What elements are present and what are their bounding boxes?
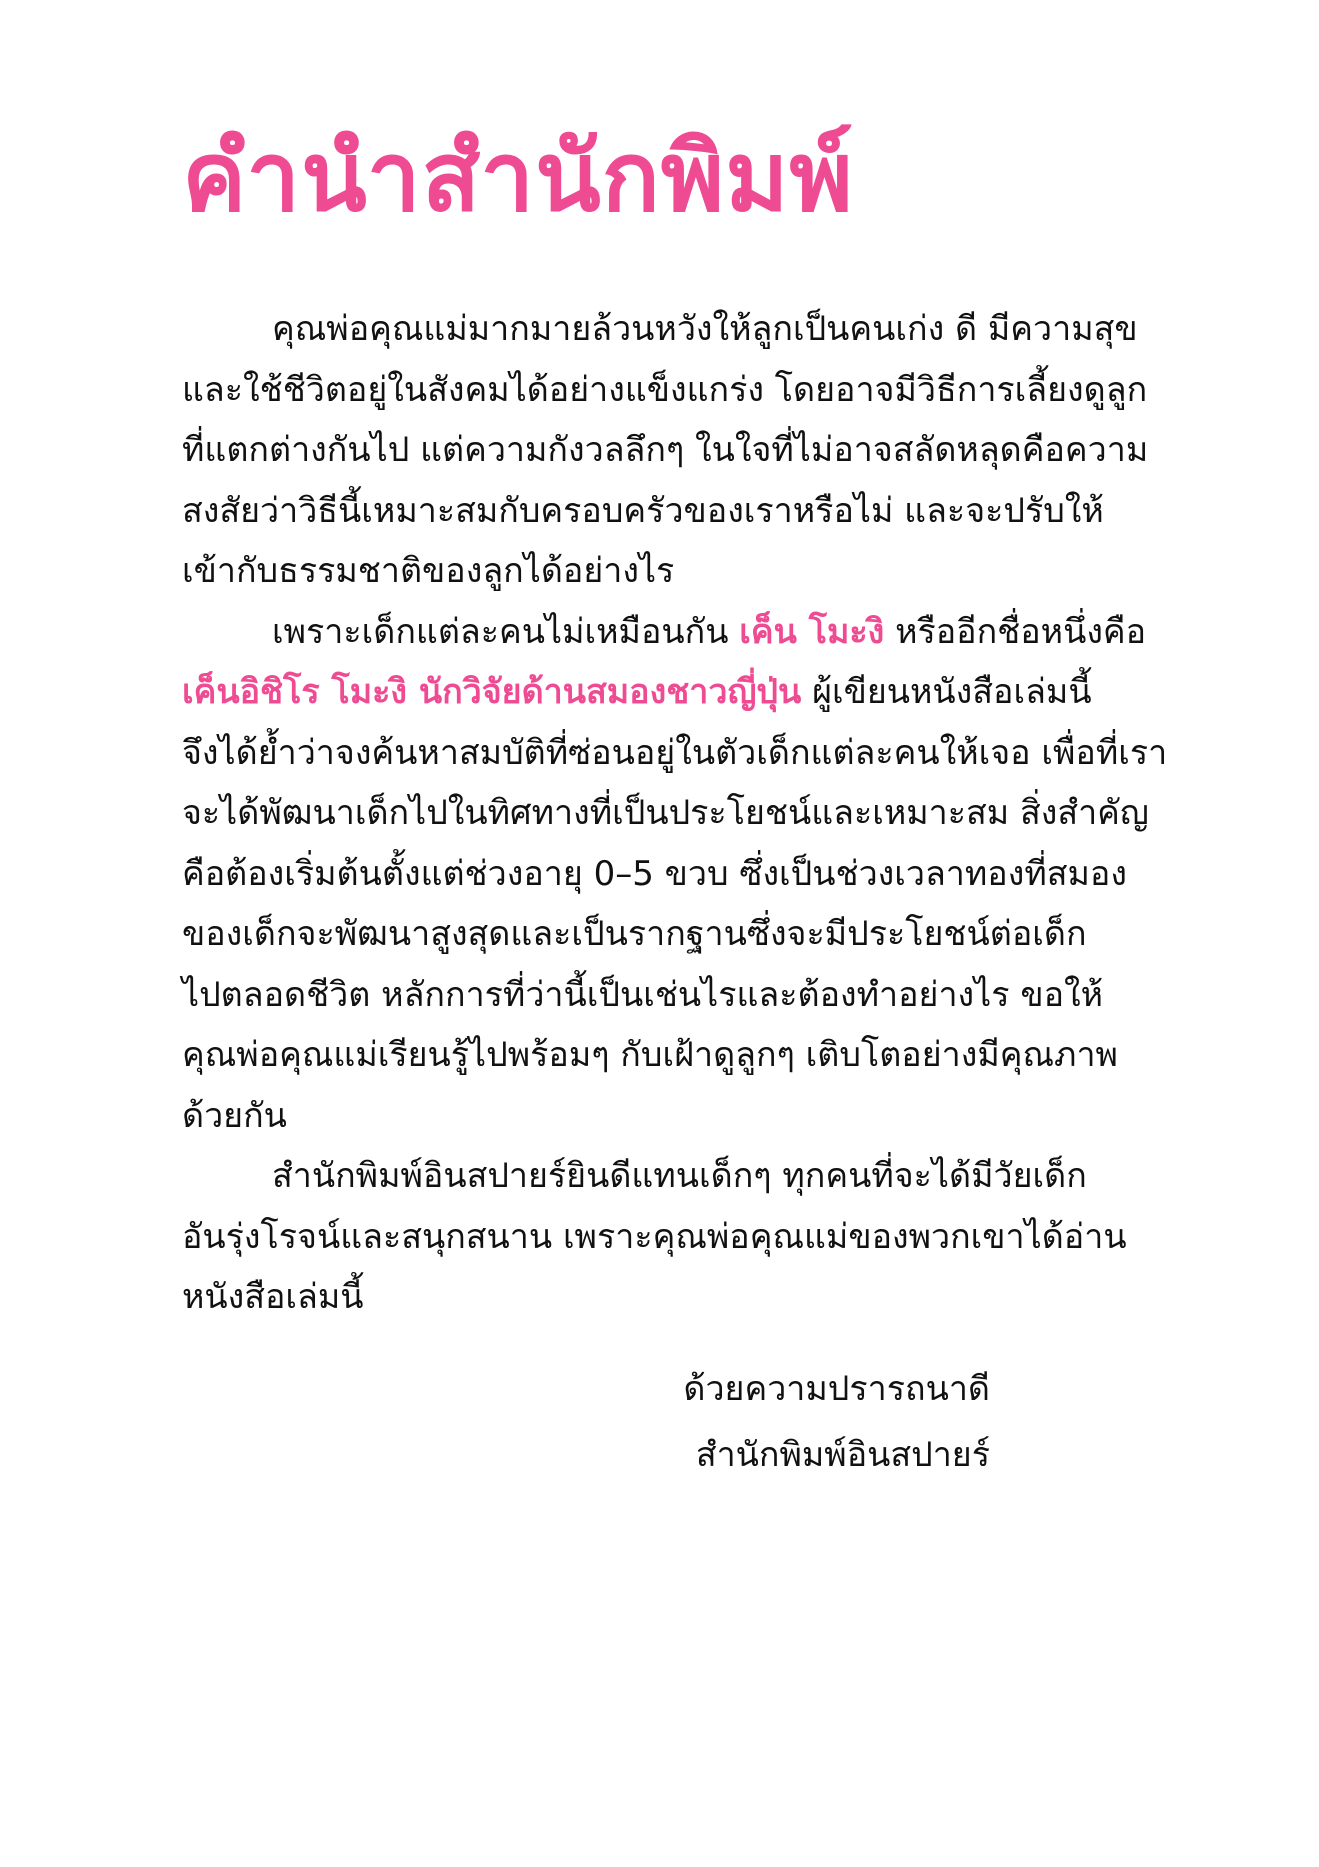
paragraph: สำนักพิมพ์อินสปายร์ยินดีแทนเด็กๆ ทุกคนที… — [182, 1146, 990, 1328]
preface-body: คุณพ่อคุณแม่มากมายล้วนหวังให้ลูกเป็นคนเก… — [182, 299, 990, 1328]
signoff-block: ด้วยความปรารถนาดี สำนักพิมพ์อินสปายร์ — [182, 1356, 990, 1488]
text-line: จะได้พัฒนาเด็กไปในทิศทางที่เป็นประโยชน์แ… — [182, 783, 990, 844]
accent-text: เค็นอิชิโร โมะงิ นักวิจัยด้านสมองชาวญี่ป… — [182, 672, 801, 712]
text-line: สำนักพิมพ์อินสปายร์ยินดีแทนเด็กๆ ทุกคนที… — [182, 1146, 990, 1207]
body-text-segment: สำนักพิมพ์อินสปายร์ยินดีแทนเด็กๆ ทุกคนที… — [272, 1156, 1087, 1196]
body-text-segment: ด้วยกัน — [182, 1096, 287, 1136]
accent-text: เค็น โมะงิ — [739, 612, 884, 652]
text-line: เค็นอิชิโร โมะงิ นักวิจัยด้านสมองชาวญี่ป… — [182, 662, 990, 723]
text-line: เพราะเด็กแต่ละคนไม่เหมือนกัน เค็น โมะงิ … — [182, 602, 990, 663]
text-line: ด้วยกัน — [182, 1086, 990, 1147]
body-text-segment: คุณพ่อคุณแม่เรียนรู้ไปพร้อมๆ กับเฝ้าดูลู… — [182, 1035, 1118, 1075]
body-text-segment: คือต้องเริ่มต้นตั้งแต่ช่วงอายุ 0–5 ขวบ ซ… — [182, 854, 1127, 894]
text-line: คุณพ่อคุณแม่เรียนรู้ไปพร้อมๆ กับเฝ้าดูลู… — [182, 1025, 990, 1086]
text-line: ไปตลอดชีวิต หลักการที่ว่านี้เป็นเช่นไรแล… — [182, 965, 990, 1026]
body-text-segment: และใช้ชีวิตอยู่ในสังคมได้อย่างแข็งแกร่ง … — [182, 370, 1147, 410]
paragraph: เพราะเด็กแต่ละคนไม่เหมือนกัน เค็น โมะงิ … — [182, 602, 990, 1147]
body-text-segment: สงสัยว่าวิธีนี้เหมาะสมกับครอบครัวของเราห… — [182, 491, 1104, 531]
body-text-segment: หรืออีกชื่อหนึ่งคือ — [884, 612, 1146, 652]
text-line: สงสัยว่าวิธีนี้เหมาะสมกับครอบครัวของเราห… — [182, 481, 990, 542]
body-text-segment: เพราะเด็กแต่ละคนไม่เหมือนกัน — [272, 612, 739, 652]
text-line: ของเด็กจะพัฒนาสูงสุดและเป็นรากฐานซึ่งจะม… — [182, 904, 990, 965]
text-line: เข้ากับธรรมชาติของลูกได้อย่างไร — [182, 541, 990, 602]
paragraph: คุณพ่อคุณแม่มากมายล้วนหวังให้ลูกเป็นคนเก… — [182, 299, 990, 602]
body-text-segment: ผู้เขียนหนังสือเล่มนี้ — [801, 672, 1091, 712]
body-text-segment: จะได้พัฒนาเด็กไปในทิศทางที่เป็นประโยชน์แ… — [182, 793, 1149, 833]
body-text-segment: จึงได้ย้ำว่าจงค้นหาสมบัติที่ซ่อนอยู่ในตั… — [182, 733, 1167, 773]
page-title: คำนำสำนักพิมพ์ — [182, 0, 990, 247]
book-page: คำนำสำนักพิมพ์ คุณพ่อคุณแม่มากมายล้วนหวั… — [0, 0, 1319, 1867]
text-line: คือต้องเริ่มต้นตั้งแต่ช่วงอายุ 0–5 ขวบ ซ… — [182, 844, 990, 905]
text-line: และใช้ชีวิตอยู่ในสังคมได้อย่างแข็งแกร่ง … — [182, 360, 990, 421]
text-line: หนังสือเล่มนี้ — [182, 1267, 990, 1328]
body-text-segment: เข้ากับธรรมชาติของลูกได้อย่างไร — [182, 551, 674, 591]
signoff-line-publisher: สำนักพิมพ์อินสปายร์ — [182, 1422, 990, 1488]
body-text-segment: ที่แตกต่างกันไป แต่ความกังวลลึกๆ ในใจที่… — [182, 430, 1148, 470]
page-content: คำนำสำนักพิมพ์ คุณพ่อคุณแม่มากมายล้วนหวั… — [182, 0, 990, 1488]
signoff-line-regards: ด้วยความปรารถนาดี — [182, 1356, 990, 1422]
body-text-segment: หนังสือเล่มนี้ — [182, 1277, 364, 1317]
text-line: ที่แตกต่างกันไป แต่ความกังวลลึกๆ ในใจที่… — [182, 420, 990, 481]
body-text-segment: คุณพ่อคุณแม่มากมายล้วนหวังให้ลูกเป็นคนเก… — [272, 309, 1138, 349]
text-line: อันรุ่งโรจน์และสนุกสนาน เพราะคุณพ่อคุณแม… — [182, 1207, 990, 1268]
text-line: คุณพ่อคุณแม่มากมายล้วนหวังให้ลูกเป็นคนเก… — [182, 299, 990, 360]
body-text-segment: ของเด็กจะพัฒนาสูงสุดและเป็นรากฐานซึ่งจะม… — [182, 914, 1087, 954]
text-line: จึงได้ย้ำว่าจงค้นหาสมบัติที่ซ่อนอยู่ในตั… — [182, 723, 990, 784]
body-text-segment: อันรุ่งโรจน์และสนุกสนาน เพราะคุณพ่อคุณแม… — [182, 1217, 1127, 1257]
body-text-segment: ไปตลอดชีวิต หลักการที่ว่านี้เป็นเช่นไรแล… — [182, 975, 1103, 1015]
